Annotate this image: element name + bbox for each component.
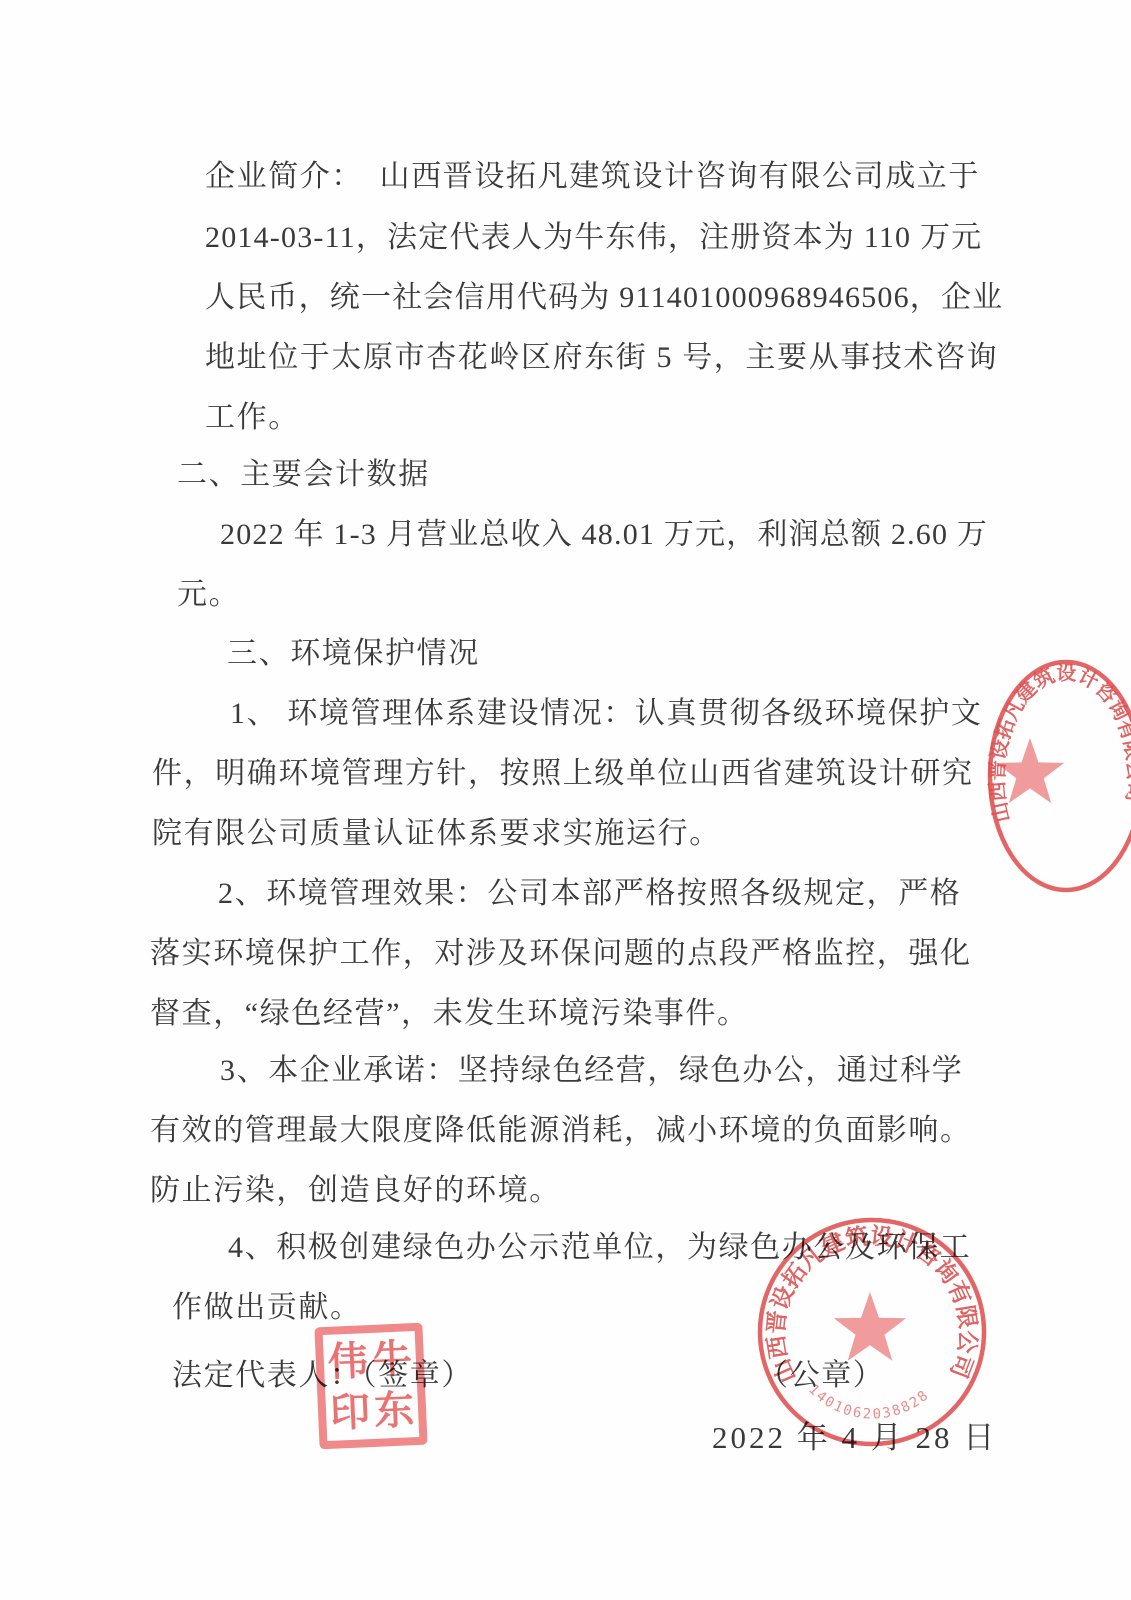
svg-text:山西晋设拓凡建筑设计咨询有限公司: 山西晋设拓凡建筑设计咨询有限公司	[986, 662, 1131, 825]
doc-line: 3、本企业承诺：坚持绿色经营，绿色办公，通过科学	[220, 1054, 963, 1088]
doc-line: 地址位于太原市杏花岭区府东街 5 号，主要从事技术咨询	[205, 341, 998, 375]
name-seal-char: 伟	[327, 1341, 369, 1383]
name-seal-char: 东	[373, 1390, 415, 1432]
doc-line: 督查，“绿色经营”，未发生环境污染事件。	[150, 997, 749, 1031]
doc-line: 人民币，统一社会信用代码为 911401000968946506，企业	[205, 281, 1003, 315]
company-seal-placeholder: （公章）	[758, 1350, 884, 1394]
doc-line: 作做出贡献。	[172, 1291, 362, 1325]
seal-star-icon	[996, 738, 1064, 803]
doc-line: 2014-03-11，法定代表人为牛东伟，注册资本为 110 万元	[205, 221, 982, 255]
section-heading-3: 三、环境保护情况	[227, 637, 480, 671]
doc-line: 元。	[177, 578, 240, 612]
doc-line: 有效的管理最大限度降低能源消耗，减小环境的负面影响。	[150, 1114, 972, 1148]
doc-line: 件，明确环境管理方针，按照上级单位山西省建筑设计研究	[152, 757, 974, 791]
name-seal-char: 牛	[371, 1339, 413, 1381]
doc-line: 4、积极创建绿色办公示范单位，为绿色办公及环保工	[228, 1231, 971, 1265]
doc-line: 企业简介： 山西晋设拓凡建筑设计咨询有限公司成立于	[205, 160, 980, 194]
legal-rep-name-seal: 伟 牛 印 东	[314, 1323, 427, 1450]
doc-line: 工作。	[205, 401, 300, 435]
seal-company-name-text: 山西晋设拓凡建筑设计咨询有限公司	[986, 662, 1131, 825]
document-date: 2022 年 4 月 28 日	[712, 1412, 997, 1457]
doc-line: 1、 环境管理体系建设情况：认真贯彻各级环境保护文	[230, 697, 983, 731]
doc-line: 2、环境管理效果：公司本部严格按照各级规定，严格	[218, 877, 961, 911]
doc-line: 院有限公司质量认证体系要求实施运行。	[152, 817, 721, 851]
seal-rim	[990, 662, 1131, 890]
company-seal-stamp-partial: 山西晋设拓凡建筑设计咨询有限公司	[980, 635, 1131, 917]
scanned-document-page: 企业简介： 山西晋设拓凡建筑设计咨询有限公司成立于 2014-03-11，法定代…	[0, 0, 1131, 1600]
doc-line: 落实环境保护工作，对涉及环保问题的点段严格监控，强化	[150, 937, 972, 971]
section-heading-2: 二、主要会计数据	[177, 458, 430, 492]
doc-line: 2022 年 1-3 月营业总收入 48.01 万元，利润总额 2.60 万	[220, 518, 988, 552]
name-seal-char: 印	[329, 1392, 371, 1434]
doc-line: 防止污染，创造良好的环境。	[150, 1174, 561, 1208]
